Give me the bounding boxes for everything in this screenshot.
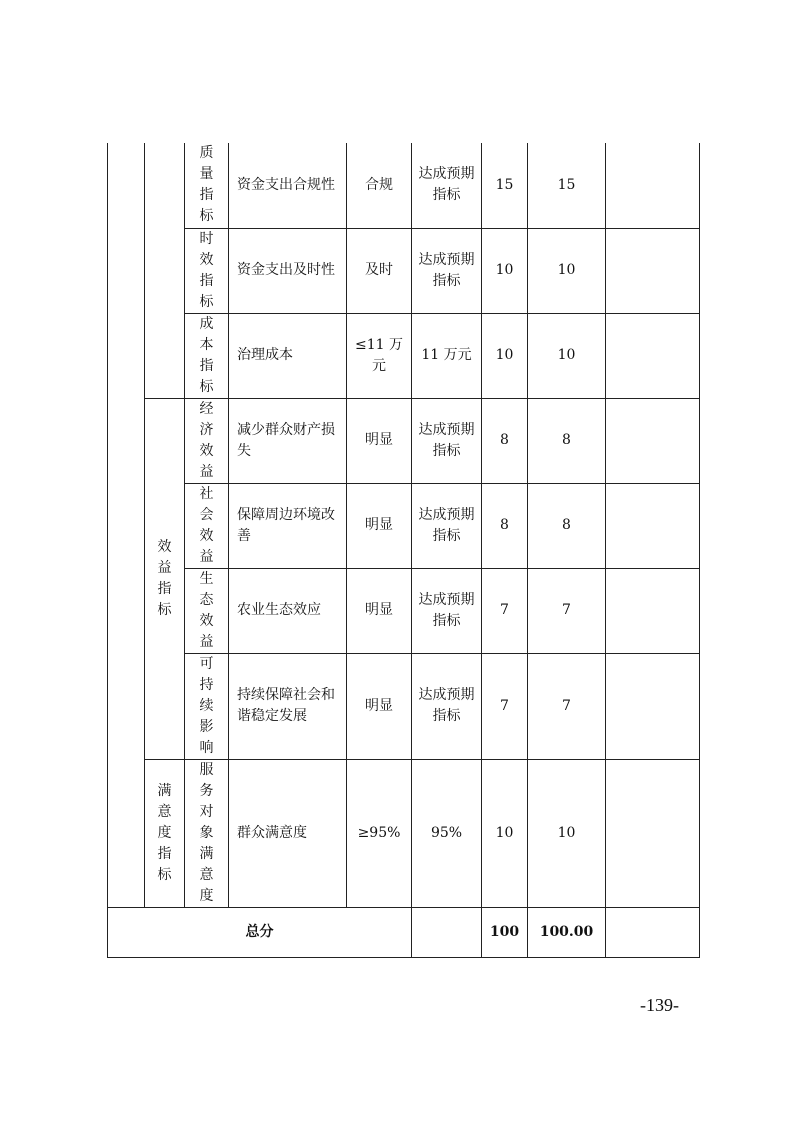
table-row: 成本指标 治理成本 ≤11 万元 11 万元 10 10 bbox=[108, 313, 700, 398]
indicator-cell: 农业生态效应 bbox=[229, 568, 347, 653]
note-cell bbox=[606, 568, 700, 653]
target-cell: 合规 bbox=[347, 143, 412, 228]
note-cell bbox=[606, 228, 700, 313]
score-cell: 15 bbox=[528, 143, 606, 228]
performance-indicator-table: 质量指标 资金支出合规性 合规 达成预期指标 15 15 时效指标 资金支出及时… bbox=[107, 143, 700, 958]
level2-satisfaction-cell: 满意度指标 bbox=[145, 759, 185, 907]
target-cell: 明显 bbox=[347, 483, 412, 568]
actual-cell: 达成预期指标 bbox=[412, 143, 482, 228]
target-cell: 明显 bbox=[347, 398, 412, 483]
level3-cell: 服务对象满意度 bbox=[185, 759, 229, 907]
weight-cell: 10 bbox=[482, 759, 528, 907]
actual-cell: 95% bbox=[412, 759, 482, 907]
score-cell: 7 bbox=[528, 653, 606, 759]
indicator-cell: 持续保障社会和谐稳定发展 bbox=[229, 653, 347, 759]
indicator-cell: 资金支出合规性 bbox=[229, 143, 347, 228]
indicator-cell: 资金支出及时性 bbox=[229, 228, 347, 313]
note-cell bbox=[606, 313, 700, 398]
target-cell: ≤11 万元 bbox=[347, 313, 412, 398]
weight-cell: 15 bbox=[482, 143, 528, 228]
weight-cell: 7 bbox=[482, 653, 528, 759]
total-row: 总分 100 100.00 bbox=[108, 907, 700, 957]
weight-cell: 8 bbox=[482, 483, 528, 568]
indicator-cell: 保障周边环境改善 bbox=[229, 483, 347, 568]
total-label: 总分 bbox=[108, 907, 412, 957]
table-row: 效益指标 经济效益 减少群众财产损失 明显 达成预期指标 8 8 bbox=[108, 398, 700, 483]
indicator-cell: 群众满意度 bbox=[229, 759, 347, 907]
level2-cell bbox=[145, 143, 185, 398]
note-cell bbox=[606, 398, 700, 483]
table-row: 时效指标 资金支出及时性 及时 达成预期指标 10 10 bbox=[108, 228, 700, 313]
actual-cell: 达成预期指标 bbox=[412, 568, 482, 653]
level3-cell: 质量指标 bbox=[185, 143, 229, 228]
score-cell: 10 bbox=[528, 228, 606, 313]
table-row: 满意度指标 服务对象满意度 群众满意度 ≥95% 95% 10 10 bbox=[108, 759, 700, 907]
level3-cell: 时效指标 bbox=[185, 228, 229, 313]
indicator-cell: 治理成本 bbox=[229, 313, 347, 398]
total-actual-cell bbox=[412, 907, 482, 957]
table-row: 社会效益 保障周边环境改善 明显 达成预期指标 8 8 bbox=[108, 483, 700, 568]
indicator-cell: 减少群众财产损失 bbox=[229, 398, 347, 483]
weight-cell: 7 bbox=[482, 568, 528, 653]
level3-cell: 可持续影响 bbox=[185, 653, 229, 759]
note-cell bbox=[606, 143, 700, 228]
score-cell: 8 bbox=[528, 398, 606, 483]
score-cell: 8 bbox=[528, 483, 606, 568]
level3-cell: 社会效益 bbox=[185, 483, 229, 568]
table-row: 可持续影响 持续保障社会和谐稳定发展 明显 达成预期指标 7 7 bbox=[108, 653, 700, 759]
actual-cell: 达成预期指标 bbox=[412, 398, 482, 483]
level3-cell: 成本指标 bbox=[185, 313, 229, 398]
total-score-cell: 100.00 bbox=[528, 907, 606, 957]
level1-cell bbox=[108, 143, 145, 907]
note-cell bbox=[606, 759, 700, 907]
target-cell: 及时 bbox=[347, 228, 412, 313]
target-cell: 明显 bbox=[347, 568, 412, 653]
table-row: 生态效益 农业生态效应 明显 达成预期指标 7 7 bbox=[108, 568, 700, 653]
score-cell: 7 bbox=[528, 568, 606, 653]
note-cell bbox=[606, 653, 700, 759]
total-weight-cell: 100 bbox=[482, 907, 528, 957]
page-number: -139- bbox=[640, 995, 679, 1016]
weight-cell: 8 bbox=[482, 398, 528, 483]
level2-benefit-cell: 效益指标 bbox=[145, 398, 185, 759]
note-cell bbox=[606, 483, 700, 568]
total-note-cell bbox=[606, 907, 700, 957]
target-cell: ≥95% bbox=[347, 759, 412, 907]
score-cell: 10 bbox=[528, 759, 606, 907]
score-cell: 10 bbox=[528, 313, 606, 398]
level3-cell: 生态效益 bbox=[185, 568, 229, 653]
table-row: 质量指标 资金支出合规性 合规 达成预期指标 15 15 bbox=[108, 143, 700, 228]
target-cell: 明显 bbox=[347, 653, 412, 759]
weight-cell: 10 bbox=[482, 228, 528, 313]
actual-cell: 达成预期指标 bbox=[412, 653, 482, 759]
level3-cell: 经济效益 bbox=[185, 398, 229, 483]
weight-cell: 10 bbox=[482, 313, 528, 398]
actual-cell: 达成预期指标 bbox=[412, 483, 482, 568]
actual-cell: 11 万元 bbox=[412, 313, 482, 398]
actual-cell: 达成预期指标 bbox=[412, 228, 482, 313]
